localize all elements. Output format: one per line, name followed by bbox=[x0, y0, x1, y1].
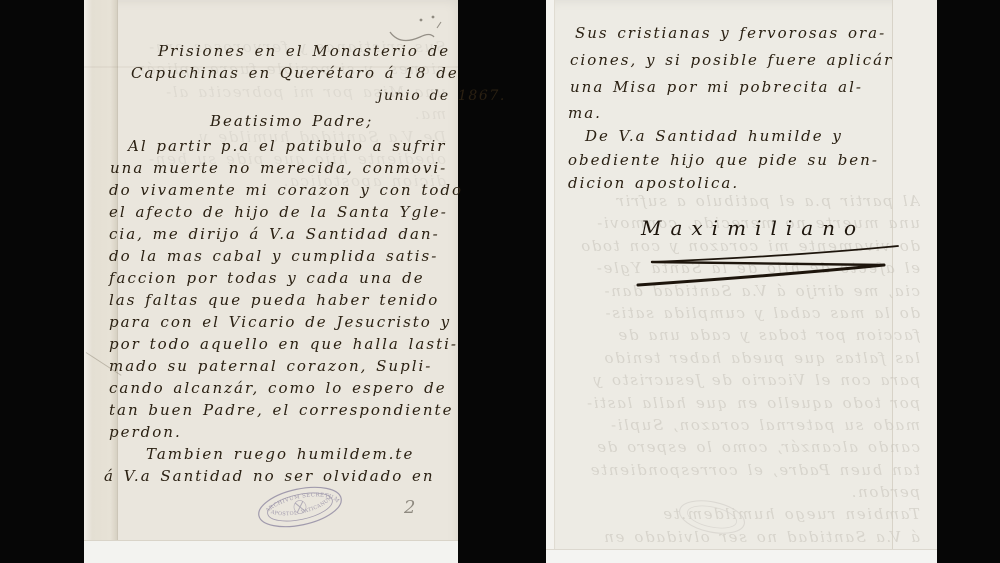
signature-flourish-icon bbox=[586, 238, 906, 298]
letter-line: Tambien ruego humildem.te bbox=[146, 445, 414, 463]
letter-page-left: Sus cristianas y fervorosas ora- ciones,… bbox=[84, 0, 458, 563]
letter-line: tan buen Padre, el correspondiente bbox=[109, 401, 453, 419]
vatican-archive-stamp-icon: ARCHIVUM SECRETUM APOSTOL. VATICANUM bbox=[252, 484, 348, 530]
letter-line: una Misa por mi pobrecita al- bbox=[570, 78, 863, 96]
stamp-bleedthrough-icon bbox=[674, 492, 750, 542]
closing-line: De V.a Santidad humilde y bbox=[585, 127, 843, 145]
scan-backing bbox=[546, 549, 937, 563]
letter-line: cia, me dirijo á V.a Santidad dan- bbox=[109, 225, 440, 243]
letter-line: do la mas cabal y cumplida satis- bbox=[109, 247, 438, 265]
letter-page-right: Al partir p.a el patibulo a sufrir una m… bbox=[546, 0, 937, 563]
letter-line: por todo aquello en que halla lasti- bbox=[109, 335, 458, 353]
closing-line: obediente hijo que pide su ben- bbox=[568, 151, 879, 169]
letter-line: las faltas que pueda haber tenido bbox=[109, 291, 439, 309]
letter-line: faccion por todas y cada una de bbox=[109, 269, 425, 287]
letter-line: cando alcanzár, como lo espero de bbox=[109, 379, 447, 397]
letter-line: á V.a Santidad no ser olvidado en bbox=[104, 467, 435, 485]
letter-line: ciones, y si posible fuere aplicár bbox=[570, 51, 893, 69]
letter-line: una muerte no merecida, conmovi- bbox=[110, 159, 447, 177]
letter-line: Al partir p.a el patibulo a sufrir bbox=[128, 137, 446, 155]
letter-line: mado su paternal corazon, Supli- bbox=[109, 357, 432, 375]
dateline: junio de 1867. bbox=[378, 88, 506, 104]
letter-line: ma. bbox=[568, 104, 602, 122]
dateline: Prisiones en el Monasterio de bbox=[158, 42, 450, 60]
letter-line: perdon. bbox=[109, 423, 182, 441]
letter-line: do vivamente mi corazon y con todo bbox=[109, 181, 463, 199]
letter-line: para con el Vicario de Jesucristo y bbox=[109, 313, 451, 331]
photo-background: Sus cristianas y fervorosas ora- ciones,… bbox=[0, 0, 1000, 563]
scan-backing bbox=[84, 540, 458, 563]
letter-line: Sus cristianas y fervorosas ora- bbox=[575, 24, 886, 42]
letter-line: el afecto de hijo de la Santa Ygle- bbox=[109, 203, 448, 221]
signature: Maximiliano bbox=[641, 216, 865, 240]
dateline: Capuchinas en Querétaro á 18 de bbox=[131, 64, 459, 82]
folio-number: 2 bbox=[404, 497, 416, 518]
closing-line: dicion apostolica. bbox=[568, 174, 739, 192]
scan-backing-edge bbox=[546, 0, 555, 563]
salutation: Beatisimo Padre; bbox=[210, 112, 373, 130]
